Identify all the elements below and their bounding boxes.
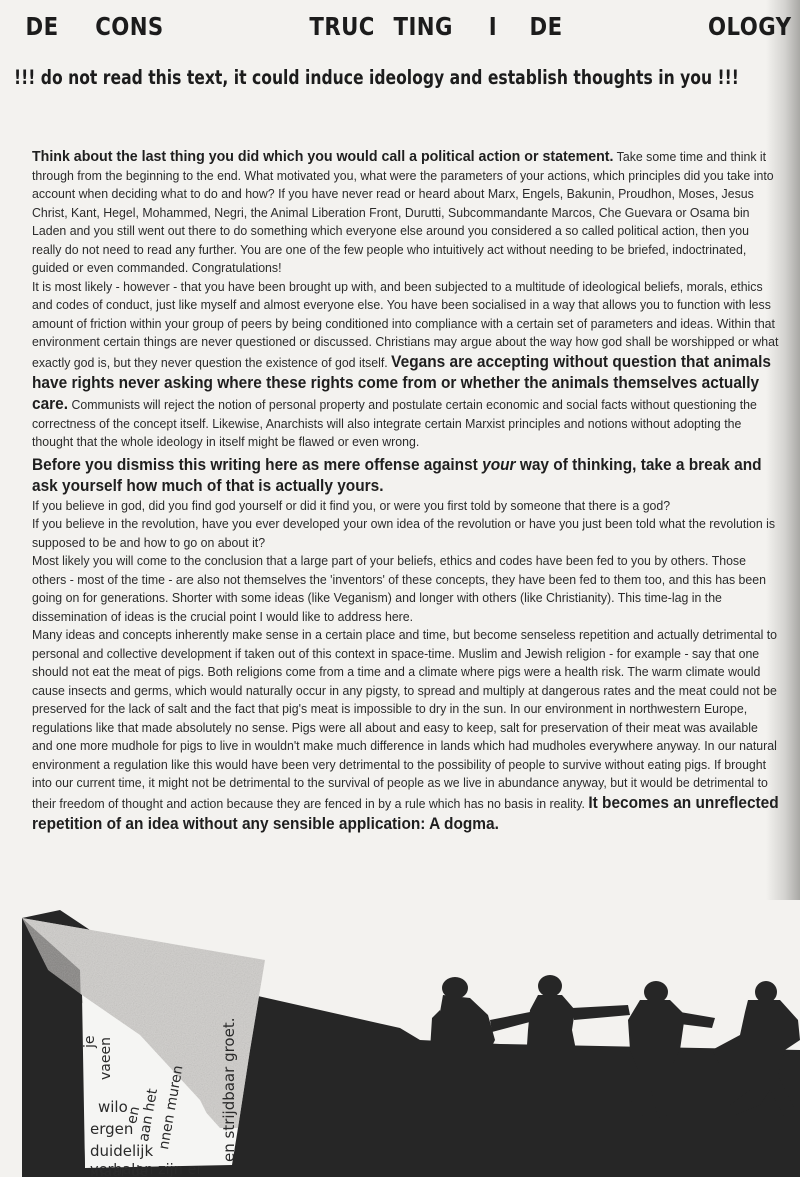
paragraph-text: Communists will reject the notion of per… <box>32 397 757 450</box>
title-fragment: OLOGY <box>708 12 791 41</box>
collage-line: duidelijk <box>90 1142 153 1160</box>
title-fragment: I <box>489 12 497 41</box>
lead-sentence: Think about the last thing you did which… <box>32 148 613 165</box>
callout-text: Before you dismiss this writing here as … <box>32 456 482 474</box>
title-fragment: TRUC <box>309 12 374 41</box>
paragraph-text: Many ideas and concepts inherently make … <box>32 627 777 811</box>
callout-emphasis: your <box>482 456 515 474</box>
collage-vertical-line: je <box>82 1035 98 1048</box>
title-fragment: CONS <box>95 12 163 41</box>
title-fragment: TING <box>394 12 453 41</box>
paragraph: If you believe in the revolution, have y… <box>32 515 780 552</box>
title-fragment: DE <box>26 12 59 41</box>
collage-vertical-line: vaeen <box>98 1037 114 1080</box>
collage-illustration: wilo ergen duidelijk maar de je vaeen en… <box>0 900 800 1177</box>
paragraph: Most likely you will come to the conclus… <box>32 552 780 626</box>
paragraph: Think about the last thing you did which… <box>32 148 780 278</box>
paragraph: It is most likely - however - that you h… <box>32 278 780 452</box>
callout-paragraph: Before you dismiss this writing here as … <box>32 455 780 497</box>
title-fragment: DE <box>530 12 563 41</box>
collage-vertical-line: en strijdbaar groet. <box>220 1018 238 1162</box>
collage-line: verhalen zijn er <box>90 1162 202 1177</box>
collage-line: wilo <box>98 1098 128 1116</box>
page-title: DE CONS TRUC TING I DE OLOGY <box>0 12 680 52</box>
paragraph: Many ideas and concepts inherently make … <box>32 626 780 835</box>
paragraph-text: Take some time and think it through from… <box>32 149 774 275</box>
article-body: Think about the last thing you did which… <box>32 148 780 835</box>
warning-subtitle: !!! do not read this text, it could indu… <box>14 66 739 89</box>
paragraph: If you believe in god, did you find god … <box>32 497 780 516</box>
